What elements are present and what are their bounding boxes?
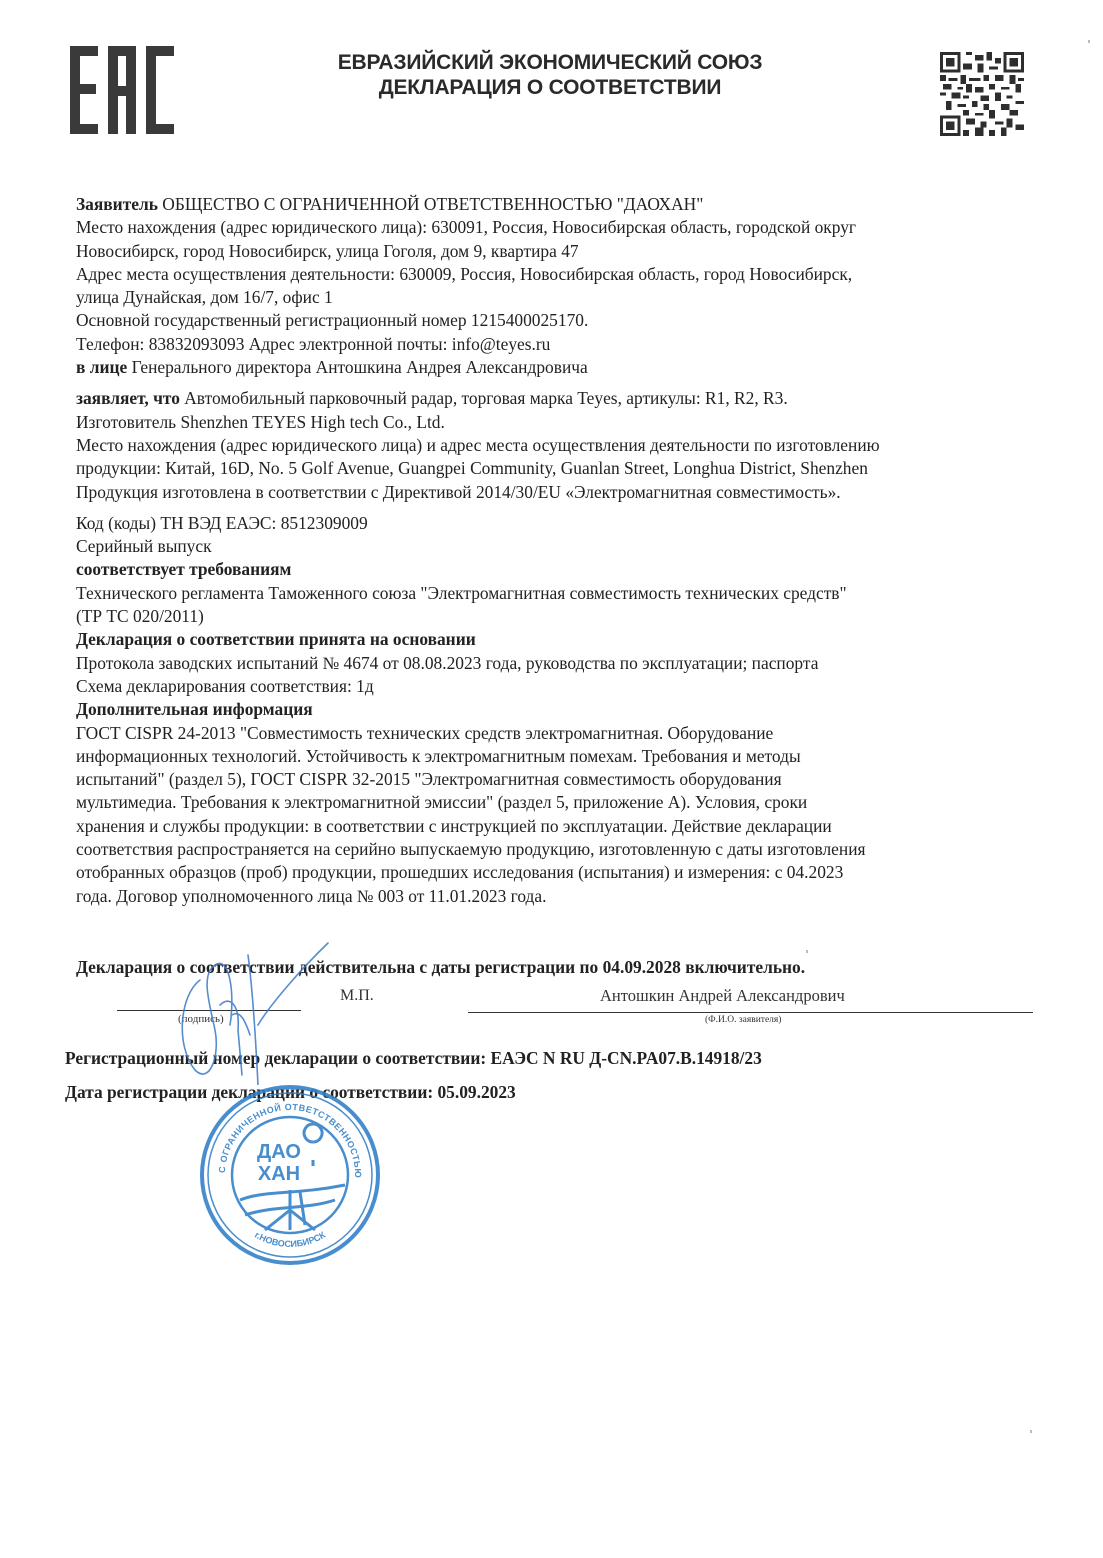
handwritten-signature-icon (160, 935, 340, 1085)
declares-line: заявляет, что Автомобильный парковочный … (76, 387, 1056, 410)
scheme: Схема декларирования соответствия: 1д (76, 675, 1056, 698)
tn-ved-code: Код (коды) ТН ВЭД ЕАЭС: 8512309009 (76, 512, 1056, 535)
additional-info-line: мультимедиа. Требования к электромагнитн… (76, 791, 1056, 814)
eac-logo (68, 44, 176, 136)
qr-code-icon[interactable] (940, 52, 1024, 136)
additional-info-line: информационных технологий. Устойчивость … (76, 745, 1056, 768)
company-stamp-icon: ОБЩЕСТВО С ОГРАНИЧЕННОЙ ОТВЕТСТВЕННОСТЬЮ… (195, 1080, 385, 1270)
svg-text:ДАО: ДАО (257, 1141, 301, 1163)
additional-info-line: года. Договор уполномоченного лица № 003… (76, 885, 1056, 908)
legal-address-line-2: Новосибирск, город Новосибирск, улица Го… (76, 240, 1056, 263)
signer-name-line (468, 1012, 1033, 1013)
activity-address-line-1: Адрес места осуществления деятельности: … (76, 263, 1056, 286)
represented-by: Генерального директора Антошкина Андрея … (132, 357, 588, 377)
activity-address-line-2: улица Дунайская, дом 16/7, офис 1 (76, 286, 1056, 309)
union-title: ЕВРАЗИЙСКИЙ ЭКОНОМИЧЕСКИЙ СОЮЗ (250, 50, 850, 75)
signer-caption: (Ф.И.О. заявителя) (705, 1015, 781, 1025)
complies-label: соответствует требованиям (76, 558, 1056, 581)
declaration-body: Заявитель ОБЩЕСТВО С ОГРАНИЧЕННОЙ ОТВЕТС… (76, 193, 1056, 908)
directive: Продукция изготовлена в соответствии с Д… (76, 481, 1056, 504)
additional-info-line: испытаний" (раздел 5), ГОСТ CISPR 32-201… (76, 768, 1056, 791)
document-header: ЕВРАЗИЙСКИЙ ЭКОНОМИЧЕСКИЙ СОЮЗ ДЕКЛАРАЦИ… (250, 50, 850, 100)
declaration-title: ДЕКЛАРАЦИЯ О СООТВЕТСТВИИ (250, 75, 850, 100)
basis: Протокола заводских испытаний № 4674 от … (76, 652, 1056, 675)
represented-line: в лице Генерального директора Антошкина … (76, 356, 1056, 379)
additional-info-line: соответствия распространяется на серийно… (76, 838, 1056, 861)
additional-info-line: ГОСТ CISPR 24-2013 "Совместимость технич… (76, 722, 1056, 745)
contacts: Телефон: 83832093093 Адрес электронной п… (76, 333, 1056, 356)
svg-text:ХАН: ХАН (258, 1163, 300, 1185)
applicant-line: Заявитель ОБЩЕСТВО С ОГРАНИЧЕННОЙ ОТВЕТС… (76, 193, 1056, 216)
applicant-label: Заявитель (76, 194, 158, 214)
manufacturer: Изготовитель Shenzhen TEYES High tech Co… (76, 411, 1056, 434)
additional-info-label: Дополнительная информация (76, 698, 1056, 721)
manufacturer-address-line-1: Место нахождения (адрес юридического лиц… (76, 434, 1056, 457)
additional-info-line: хранения и службы продукции: в соответст… (76, 815, 1056, 838)
additional-info-line: отобранных образцов (проб) продукции, пр… (76, 861, 1056, 884)
legal-address-line-1: Место нахождения (адрес юридического лиц… (76, 216, 1056, 239)
declares-label: заявляет, что (76, 388, 180, 408)
basis-label: Декларация о соответствии принята на осн… (76, 628, 1056, 651)
ogrn: Основной государственный регистрационный… (76, 309, 1056, 332)
manufacturer-address-line-2: продукции: Китай, 16D, No. 5 Golf Avenue… (76, 457, 1056, 480)
regulation-line-2: (ТР ТС 020/2011) (76, 605, 1056, 628)
production-type: Серийный выпуск (76, 535, 1056, 558)
represented-label: в лице (76, 357, 127, 377)
product: Автомобильный парковочный радар, торгова… (184, 388, 787, 408)
regulation-line-1: Технического регламента Таможенного союз… (76, 582, 1056, 605)
applicant-name: ОБЩЕСТВО С ОГРАНИЧЕННОЙ ОТВЕТСТВЕННОСТЬЮ… (162, 194, 703, 214)
seal-mark: М.П. (340, 987, 374, 1005)
signer-name: Антошкин Андрей Александрович (600, 986, 845, 1006)
